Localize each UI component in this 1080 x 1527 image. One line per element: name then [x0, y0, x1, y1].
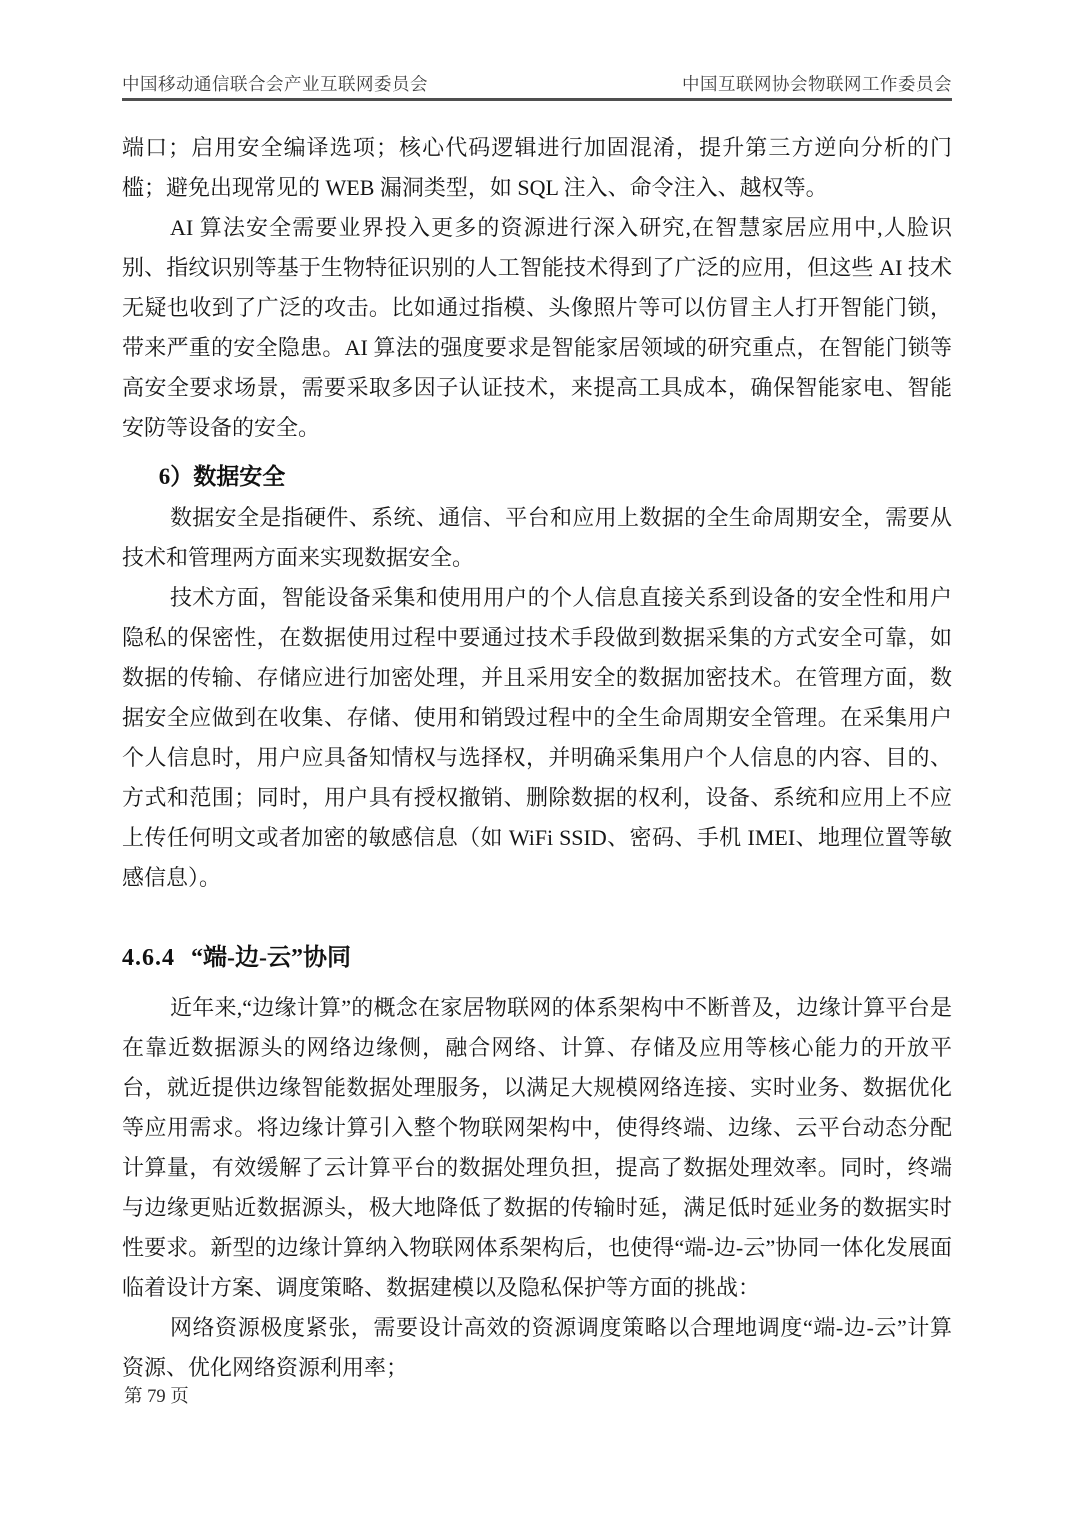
section-title: “端-边-云”协同 — [191, 945, 351, 971]
page-content: 端口；启用安全编译选项；核心代码逻辑进行加固混淆，提升第三方逆向分析的门槛；避免… — [122, 128, 952, 1388]
header-org-left: 中国移动通信联合会产业互联网委员会 — [122, 71, 428, 96]
heading-data-security: 6）数据安全 — [122, 456, 952, 498]
paragraph-tech-and-management: 技术方面，智能设备采集和使用用户的个人信息直接关系到设备的安全性和用户隐私的保密… — [122, 578, 952, 898]
document-page: 中国移动通信联合会产业互联网委员会 中国互联网协会物联网工作委员会 端口；启用安… — [0, 0, 1080, 1527]
section-number: 4.6.4 — [122, 945, 175, 971]
page-footer: 第 79 页 — [124, 1382, 189, 1408]
paragraph-network-resources: 网络资源极度紧张，需要设计高效的资源调度策略以合理地调度“端-边-云”计算资源、… — [122, 1308, 952, 1388]
header-rule — [122, 98, 952, 101]
header-org-right: 中国互联网协会物联网工作委员会 — [682, 71, 952, 96]
paragraph-port-security-continued: 端口；启用安全编译选项；核心代码逻辑进行加固混淆，提升第三方逆向分析的门槛；避免… — [122, 128, 952, 208]
heading-section-4-6-4: 4.6.4“端-边-云”协同 — [122, 936, 952, 980]
paragraph-data-security-definition: 数据安全是指硬件、系统、通信、平台和应用上数据的全生命周期安全，需要从技术和管理… — [122, 498, 952, 578]
page-header: 中国移动通信联合会产业互联网委员会 中国互联网协会物联网工作委员会 — [122, 70, 952, 96]
page-number-label: 第 79 页 — [124, 1387, 189, 1407]
paragraph-edge-computing: 近年来,“边缘计算”的概念在家居物联网的体系架构中不断普及，边缘计算平台是在靠近… — [122, 988, 952, 1308]
paragraph-ai-algorithm-security: AI 算法安全需要业界投入更多的资源进行深入研究,在智慧家居应用中,人脸识别、指… — [122, 208, 952, 448]
